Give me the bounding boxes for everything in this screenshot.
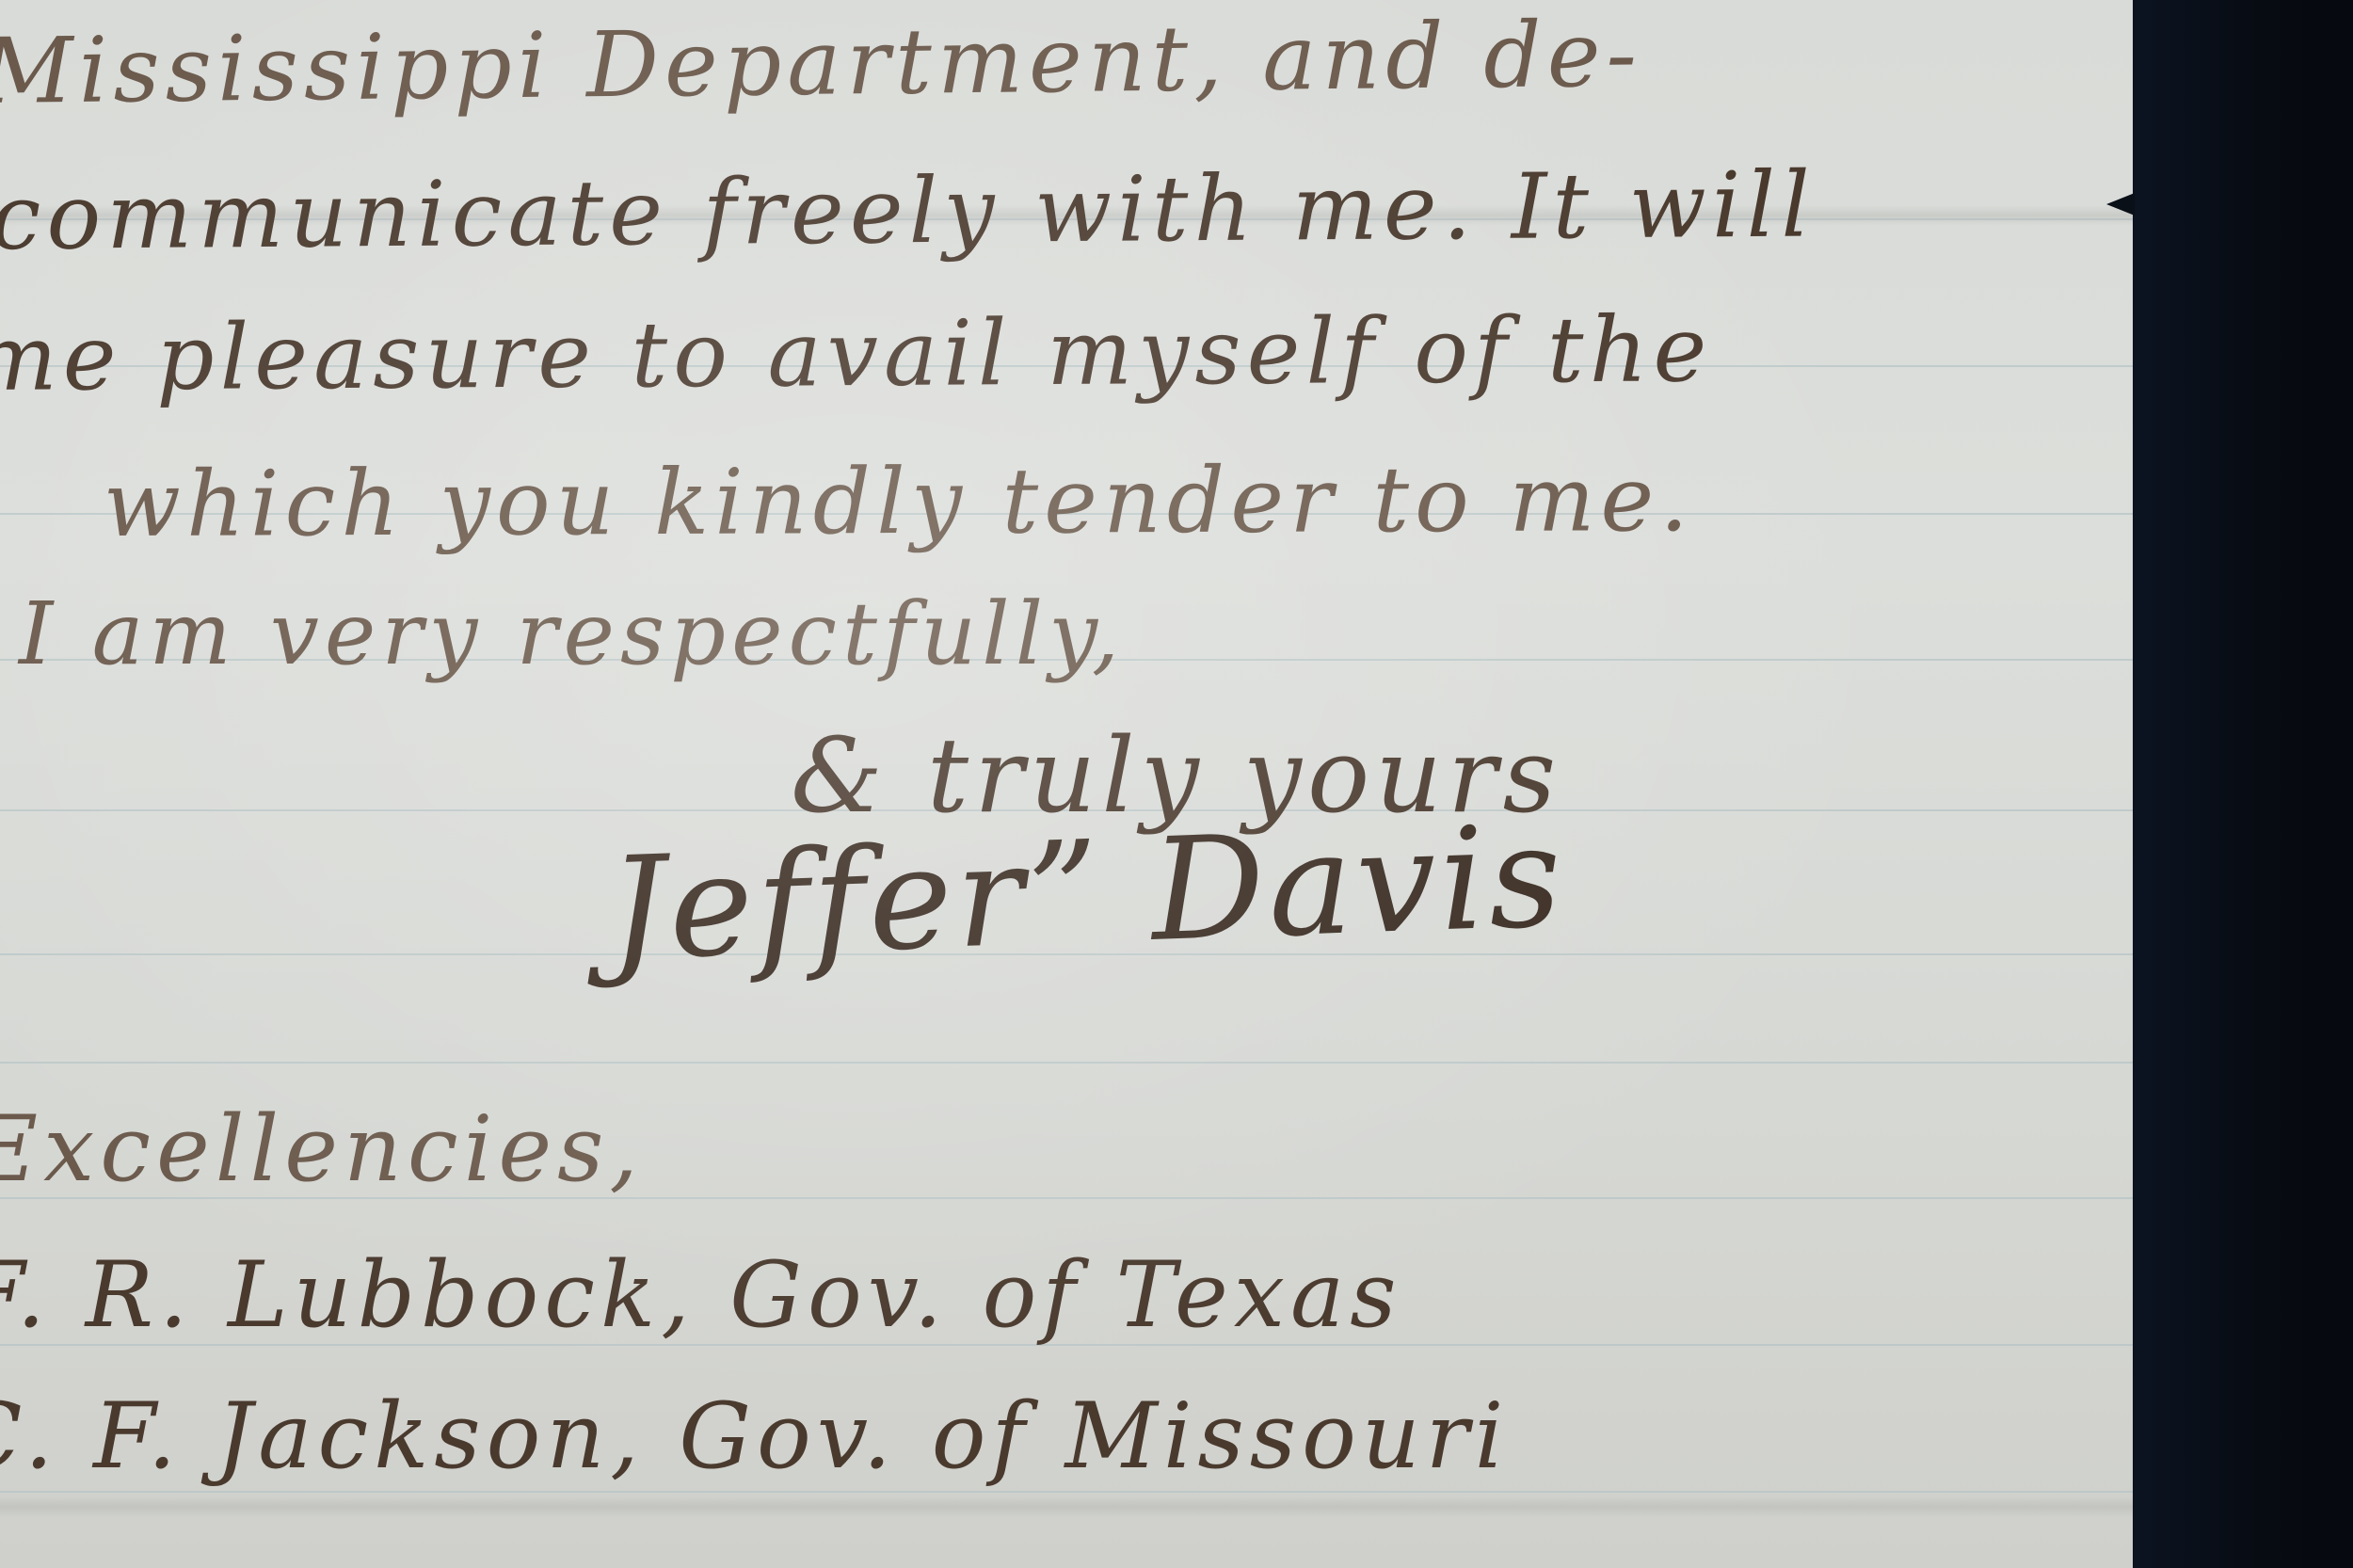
- letter-body-line: which you kindly tender to me.: [104, 446, 1694, 557]
- ruled-line: [0, 1491, 2133, 1493]
- addressee-line: F. R. Lubbock, Gov. of Texas: [0, 1242, 1401, 1348]
- signature: Jeffer” Davis: [606, 795, 1568, 992]
- paper-fold: [0, 1496, 2133, 1517]
- ruled-line: [0, 1062, 2133, 1064]
- letter-body-line: Mississippi Department, and de-: [0, 2, 1642, 124]
- addressee-line: C. F. Jackson, Gov. of Missouri: [0, 1384, 1509, 1489]
- letter-body-line: communicate freely with me. It will: [0, 152, 1816, 270]
- salutation: Excellencies,: [0, 1096, 644, 1202]
- paper-edge-tear: [2106, 193, 2135, 216]
- letter-paper: Mississippi Department, and de- communic…: [0, 0, 2133, 1568]
- closing-line: I am very respectfully,: [19, 584, 1125, 684]
- photo-stage: Mississippi Department, and de- communic…: [0, 0, 2353, 1568]
- dark-background: [2129, 0, 2353, 1568]
- letter-body-line: me pleasure to avail myself of the: [0, 296, 1713, 411]
